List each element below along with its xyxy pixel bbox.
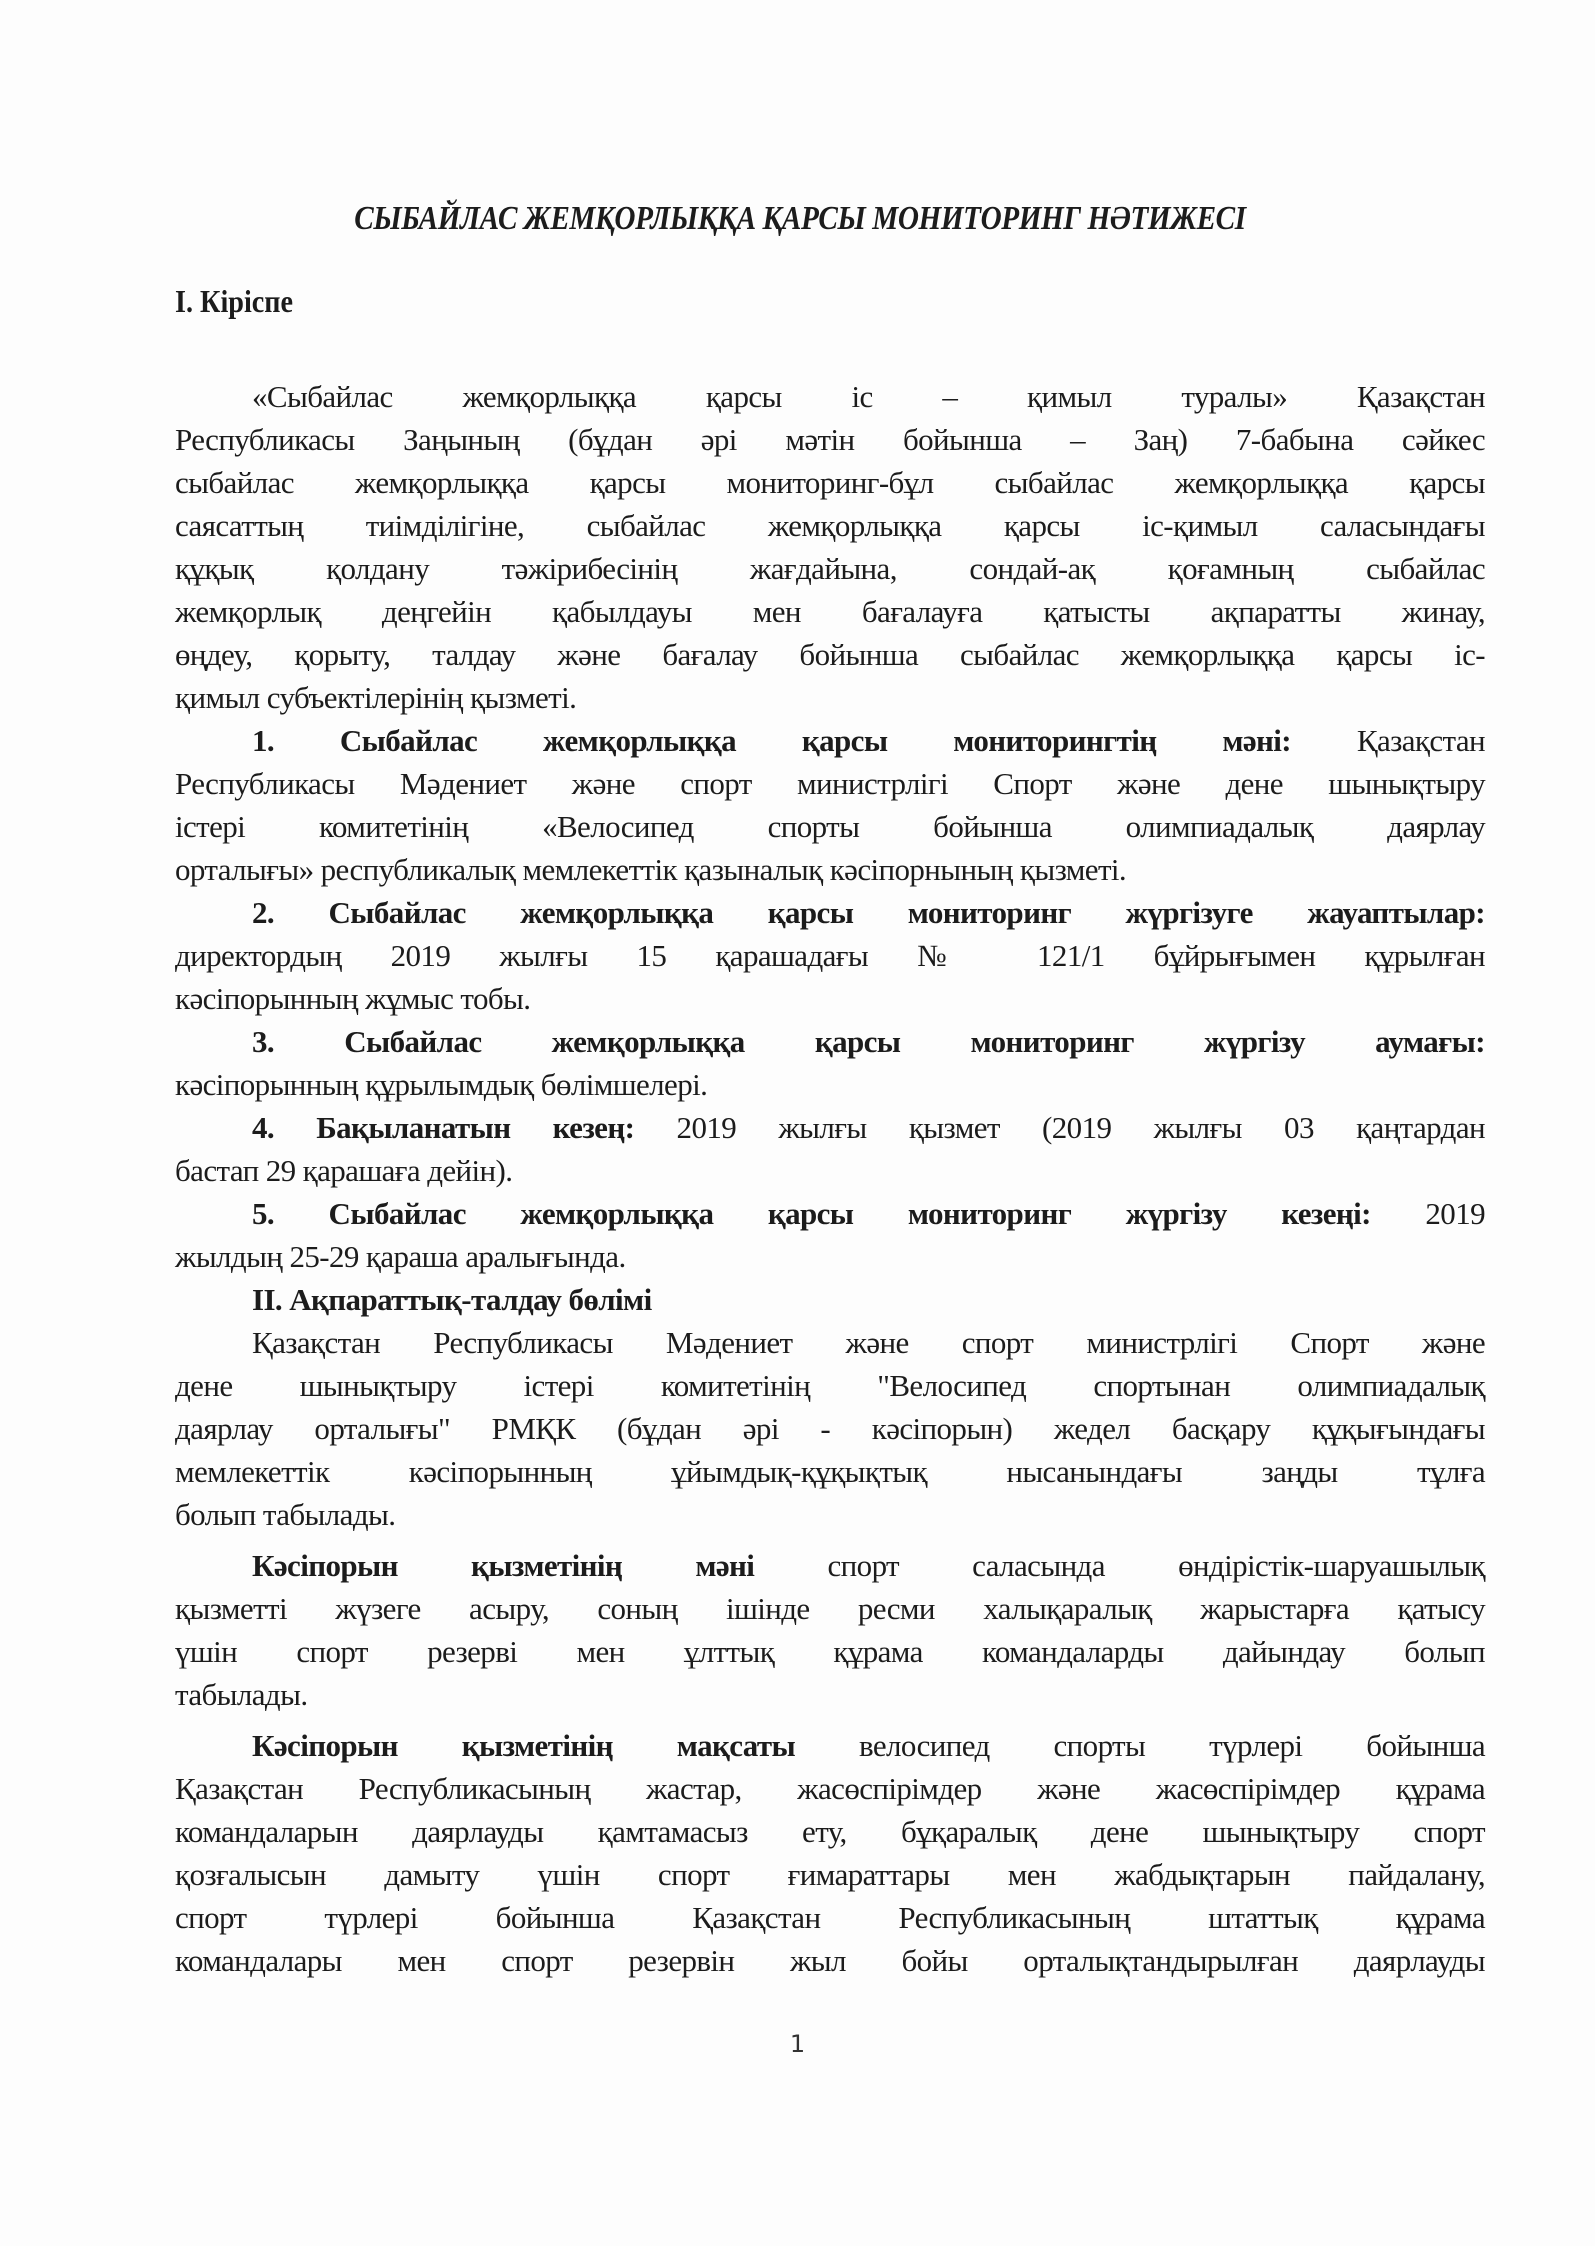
- paragraph-text: спорт саласында өндірістік-шаруашылық: [828, 1548, 1485, 1583]
- text-line: спорт түрлері бойынша Қазақстан Республи…: [175, 1896, 1485, 1939]
- text-line: қозғалысын дамыту үшін спорт ғимараттары…: [175, 1853, 1485, 1896]
- item-text: Қазақстан: [1357, 723, 1485, 758]
- text-line: істері комитетінің «Велосипед спорты бой…: [175, 805, 1485, 848]
- text-line: 4. Бақыланатын кезең: 2019 жылғы қызмет …: [252, 1106, 1485, 1149]
- text-line: табылады.: [175, 1673, 1485, 1716]
- text-line: 3. Сыбайлас жемқорлыққа қарсы мониторинг…: [252, 1020, 1485, 1063]
- item-label: 1. Сыбайлас жемқорлыққа қарсы мониторинг…: [252, 723, 1291, 758]
- paragraph-text: велосипед спорты түрлері бойынша: [859, 1728, 1485, 1763]
- text-line: кәсіпорынның құрылымдық бөлімшелері.: [175, 1063, 1485, 1106]
- list-item-monitoring-subject: 1. Сыбайлас жемқорлыққа қарсы мониторинг…: [175, 719, 1485, 891]
- list-item-territory: 3. Сыбайлас жемқорлыққа қарсы мониторинг…: [175, 1020, 1485, 1106]
- text-line: Кәсіпорын қызметінің мақсаты велосипед с…: [252, 1724, 1485, 1767]
- text-line: жемқорлық деңгейін қабылдауы мен бағалау…: [175, 590, 1485, 633]
- paragraph-label: Кәсіпорын қызметінің мәні: [252, 1548, 754, 1583]
- text-line: жылдың 25-29 қараша аралығында.: [175, 1235, 1485, 1278]
- item-label: 3. Сыбайлас жемқорлыққа қарсы мониторинг…: [252, 1024, 1485, 1059]
- paragraph-label: Кәсіпорын қызметінің мақсаты: [252, 1728, 795, 1763]
- item-text: 2019: [1425, 1196, 1485, 1231]
- document-title: СЫБАЙЛАС ЖЕМҚОРЛЫҚҚА ҚАРСЫ МОНИТОРИНГ НӘ…: [241, 200, 1359, 238]
- text-line: құқық қолдану тәжірибесінің жағдайына, с…: [175, 547, 1485, 590]
- text-line: 1. Сыбайлас жемқорлыққа қарсы мониторинг…: [252, 719, 1485, 762]
- text-line: кәсіпорынның жұмыс тобы.: [175, 977, 1485, 1020]
- text-line: директордың 2019 жылғы 15 қарашадағы № 1…: [175, 934, 1485, 977]
- text-line: дене шынықтыру істері комитетінің "Велос…: [175, 1364, 1485, 1407]
- text-line: 2. Сыбайлас жемқорлыққа қарсы мониторинг…: [252, 891, 1485, 934]
- intro-paragraph: «Сыбайлас жемқорлыққа қарсы іс – қимыл т…: [175, 375, 1485, 719]
- text-line: мемлекеттік кәсіпорынның ұйымдық-құқықты…: [175, 1450, 1485, 1493]
- text-line: «Сыбайлас жемқорлыққа қарсы іс – қимыл т…: [252, 375, 1485, 418]
- item-label: 4. Бақыланатын кезең:: [252, 1110, 634, 1145]
- section-heading-introduction: І. Кіріспе: [175, 283, 293, 320]
- section-heading-analysis: ІІ. Ақпараттық-талдау бөлімі: [252, 1278, 1485, 1321]
- item-label: 2. Сыбайлас жемқорлыққа қарсы мониторинг…: [252, 895, 1485, 930]
- text-line: 5. Сыбайлас жемқорлыққа қарсы мониторинг…: [252, 1192, 1485, 1235]
- text-line: саясаттың тиімділігіне, сыбайлас жемқорл…: [175, 504, 1485, 547]
- text-line: болып табылады.: [175, 1493, 1485, 1536]
- essence-paragraph: Кәсіпорын қызметінің мәні спорт саласынд…: [175, 1544, 1485, 1716]
- page-number: 1: [0, 2030, 1595, 2058]
- text-line: қимыл субъектілерінің қызметі.: [175, 676, 1485, 719]
- list-item-observed-period: 4. Бақыланатын кезең: 2019 жылғы қызмет …: [175, 1106, 1485, 1192]
- text-line: Республикасы Мәдениет және спорт министр…: [175, 762, 1485, 805]
- text-line: сыбайлас жемқорлыққа қарсы мониторинг-бұ…: [175, 461, 1485, 504]
- text-line: орталығы» республикалық мемлекеттік қазы…: [175, 848, 1485, 891]
- document-page: СЫБАЙЛАС ЖЕМҚОРЛЫҚҚА ҚАРСЫ МОНИТОРИНГ НӘ…: [0, 0, 1595, 2246]
- text-line: командалары мен спорт резервін жыл бойы …: [175, 1939, 1485, 1982]
- text-line: Қазақстан Республикасының жастар, жасөсп…: [175, 1767, 1485, 1810]
- item-text: 2019 жылғы қызмет (2019 жылғы 03 қаңтард…: [677, 1110, 1485, 1145]
- list-item-responsible: 2. Сыбайлас жемқорлыққа қарсы мониторинг…: [175, 891, 1485, 1020]
- list-item-monitoring-period: 5. Сыбайлас жемқорлыққа қарсы мониторинг…: [175, 1192, 1485, 1278]
- text-line: қызметті жүзеге асыру, соның ішінде ресм…: [175, 1587, 1485, 1630]
- document-body: «Сыбайлас жемқорлыққа қарсы іс – қимыл т…: [175, 375, 1485, 1982]
- text-line: үшін спорт резерві мен ұлттық құрама ком…: [175, 1630, 1485, 1673]
- purpose-paragraph: Кәсіпорын қызметінің мақсаты велосипед с…: [175, 1724, 1485, 1982]
- text-line: бастап 29 қарашаға дейін).: [175, 1149, 1485, 1192]
- text-line: командаларын даярлауды қамтамасыз ету, б…: [175, 1810, 1485, 1853]
- item-label: 5. Сыбайлас жемқорлыққа қарсы мониторинг…: [252, 1196, 1371, 1231]
- analysis-paragraph: Қазақстан Республикасы Мәдениет және спо…: [175, 1321, 1485, 1536]
- text-line: Қазақстан Республикасы Мәдениет және спо…: [252, 1321, 1485, 1364]
- text-line: өңдеу, қорыту, талдау және бағалау бойын…: [175, 633, 1485, 676]
- text-line: Кәсіпорын қызметінің мәні спорт саласынд…: [252, 1544, 1485, 1587]
- text-line: Республикасы Заңының (бұдан әрі мәтін бо…: [175, 418, 1485, 461]
- text-line: даярлау орталығы" РМҚК (бұдан әрі - кәсі…: [175, 1407, 1485, 1450]
